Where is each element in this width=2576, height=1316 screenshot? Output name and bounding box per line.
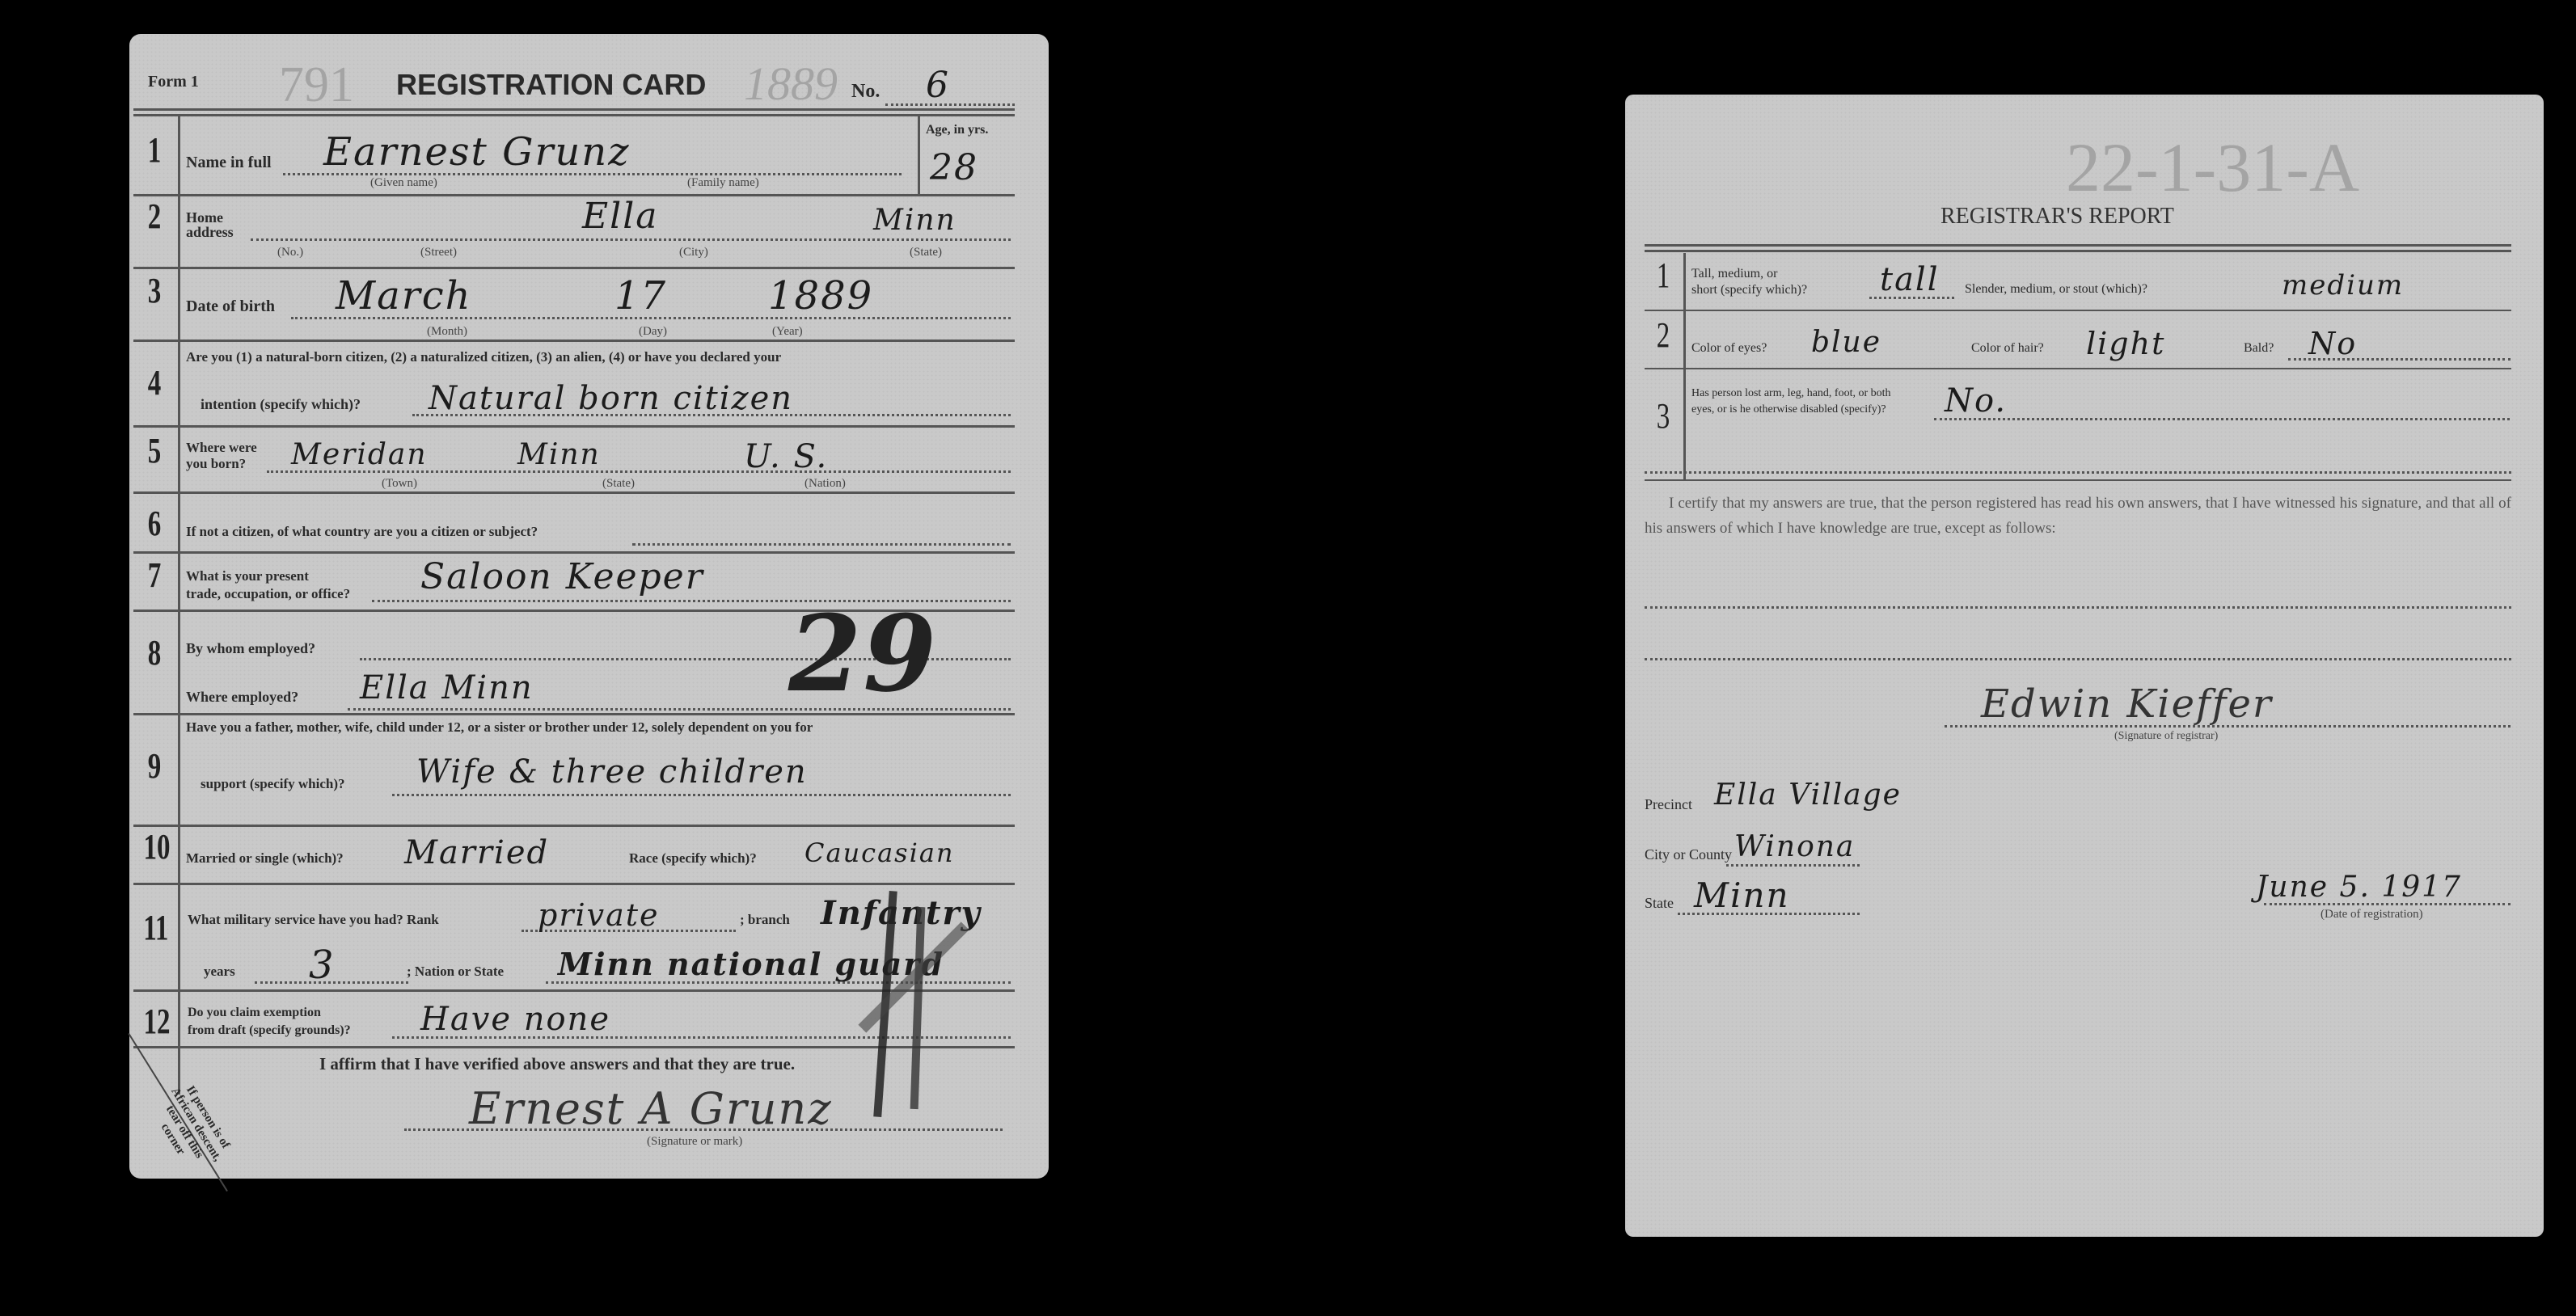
bald-value: No	[2308, 326, 2357, 361]
city-county-label: City or County	[1645, 846, 1732, 863]
signature-caption: (Signature or mark)	[647, 1135, 742, 1149]
row-number-11: 11	[143, 907, 168, 948]
year-caption: (Year)	[772, 325, 803, 339]
marital-value: Married	[404, 834, 549, 871]
year-stamp: 1889	[744, 57, 838, 111]
branch-label: ; branch	[740, 912, 790, 928]
affirmation-text: I affirm that I have verified above answ…	[319, 1054, 795, 1074]
occupation-value: Saloon Keeper	[420, 556, 704, 597]
city-county-value: Winona	[1734, 830, 1855, 863]
dob-label: Date of birth	[186, 297, 275, 316]
eye-color-value: blue	[1811, 326, 1881, 359]
military-rank-value: private	[538, 897, 660, 933]
registrar-signature-caption: (Signature of registrar)	[2114, 730, 2218, 743]
given-name-caption: (Given name)	[370, 176, 437, 190]
birthplace-label: Where were you born?	[186, 440, 257, 472]
month-caption: (Month)	[427, 325, 467, 339]
annotation-number: 29	[788, 592, 938, 715]
precinct-value: Ella Village	[1714, 778, 1902, 812]
nation-state-label: ; Nation or State	[407, 964, 504, 980]
hair-color-value: light	[2086, 326, 2165, 361]
registrars-report-card: 22-1-31-A REGISTRAR'S REPORT 1 Tall, med…	[1625, 95, 2544, 1237]
disability-label: Has person lost arm, leg, hand, foot, or…	[1691, 386, 1891, 418]
pencil-mark	[910, 907, 926, 1109]
work-location-label: Where employed?	[186, 689, 298, 706]
dob-day-value: 17	[614, 273, 667, 318]
precinct-label: Precinct	[1645, 796, 1692, 813]
town-caption: (Town)	[382, 477, 417, 491]
eye-color-label: Color of eyes?	[1691, 341, 1767, 356]
foreign-citizenship-label: If not a citizen, of what country are yo…	[186, 524, 538, 540]
row-number-3: 3	[148, 270, 162, 311]
age-label: Age, in yrs.	[926, 123, 988, 137]
dependents-question: Have you a father, mother, wife, child u…	[186, 719, 813, 736]
height-label: Tall, medium, or short (specify which)?	[1691, 266, 1807, 298]
registration-date-caption: (Date of registration)	[2321, 908, 2423, 922]
report-row-number-1: 1	[1657, 255, 1670, 296]
state-caption-birth: (State)	[602, 477, 635, 491]
work-location-value: Ella Minn	[360, 669, 534, 707]
military-rank-label: What military service have you had? Rank	[188, 912, 439, 928]
row-number-5: 5	[148, 430, 162, 471]
marital-label: Married or single (which)?	[186, 850, 344, 867]
day-caption: (Day)	[639, 325, 667, 339]
hair-color-label: Color of hair?	[1971, 341, 2044, 356]
number-column-divider	[178, 116, 180, 892]
address-state-value: Minn	[873, 204, 956, 237]
registration-card: Form 1 791 REGISTRATION CARD 1889 No. 6 …	[129, 34, 1049, 1179]
dependents-label: support (specify which)?	[201, 776, 345, 792]
nation-caption: (Nation)	[804, 477, 846, 491]
build-value: medium	[2282, 269, 2404, 302]
report-title: REGISTRAR'S REPORT	[1940, 204, 2174, 230]
name-value: Earnest Grunz	[323, 129, 631, 175]
row-number-7: 7	[148, 555, 162, 596]
row-number-9: 9	[148, 745, 162, 787]
race-label: Race (specify which)?	[629, 850, 757, 867]
age-value: 28	[930, 147, 978, 188]
address-city-value: Ella	[582, 196, 659, 237]
row-number-6: 6	[148, 503, 162, 544]
serial-stamp: 791	[279, 57, 354, 114]
city-caption: (City)	[679, 246, 708, 259]
birth-nation-value: U. S.	[744, 438, 828, 475]
dob-year-value: 1889	[768, 273, 873, 318]
exemption-label: Do you claim exemption from draft (speci…	[188, 1004, 351, 1040]
exemption-value: Have none	[420, 1001, 610, 1038]
row-number-2: 2	[148, 196, 162, 237]
state-value: Minn	[1694, 875, 1790, 915]
street-caption: (Street)	[420, 246, 457, 259]
header-divider	[133, 108, 1015, 116]
row-number-4: 4	[148, 362, 162, 403]
birth-state-value: Minn	[517, 438, 601, 471]
serial-code-stamp: 22-1-31-A	[2066, 127, 2359, 208]
row-number-8: 8	[148, 632, 162, 673]
disability-value: No.	[1945, 382, 2007, 420]
registrant-signature: Ernest A Grunz	[469, 1083, 833, 1134]
registration-date-value: June 5. 1917	[2256, 871, 2462, 904]
dependents-value: Wife & three children	[416, 753, 808, 791]
citizenship-label: intention (specify which)?	[201, 396, 361, 413]
state-label: State	[1645, 895, 1674, 912]
card-title: REGISTRATION CARD	[396, 68, 706, 102]
years-value: 3	[309, 943, 336, 988]
build-label: Slender, medium, or stout (which)?	[1965, 282, 2147, 297]
bald-label: Bald?	[2244, 341, 2274, 356]
row-number-1: 1	[148, 129, 162, 171]
height-value: tall	[1880, 261, 1940, 298]
report-row-number-3: 3	[1657, 395, 1670, 437]
employer-label: By whom employed?	[186, 640, 315, 657]
name-label: Name in full	[186, 154, 272, 172]
row-number-12: 12	[144, 1001, 171, 1042]
years-label: years	[204, 964, 235, 980]
report-header-divider	[1645, 244, 2511, 252]
registrar-signature: Edwin Kieffer	[1981, 681, 2273, 727]
state-caption: (State)	[910, 246, 942, 259]
card-number: 6	[926, 65, 950, 106]
no-caption: (No.)	[277, 246, 303, 259]
tear-corner-note: If person is of African descent, tear of…	[126, 1048, 254, 1208]
birth-town-value: Meridan	[291, 438, 428, 471]
family-name-caption: (Family name)	[687, 176, 759, 190]
citizenship-value: Natural born citizen	[429, 380, 793, 417]
row-number-10: 10	[144, 826, 171, 867]
report-row-number-2: 2	[1657, 314, 1670, 356]
dob-month-value: March	[336, 273, 472, 318]
occupation-label: What is your present trade, occupation, …	[186, 567, 350, 603]
citizenship-question: Are you (1) a natural-born citizen, (2) …	[186, 349, 781, 365]
race-value: Caucasian	[804, 837, 955, 868]
form-label: Form 1	[148, 73, 199, 91]
home-address-label: Home address	[186, 210, 234, 239]
no-label: No.	[851, 81, 880, 103]
certification-text: I certify that my answers are true, that…	[1645, 491, 2511, 541]
